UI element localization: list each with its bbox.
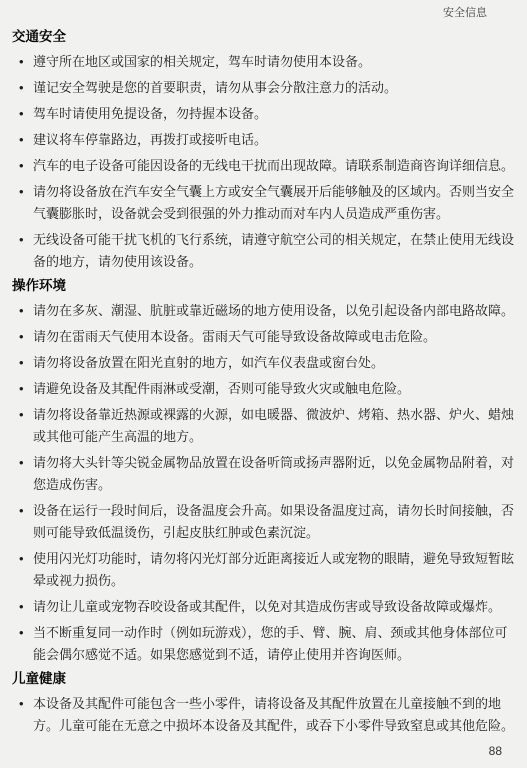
bullet-icon: • [19,155,24,177]
bullet-icon: • [19,129,24,151]
list-item: •遵守所在地区或国家的相关规定，驾车时请勿使用本设备。 [12,51,514,73]
section-title-operating-environment: 操作环境 [12,277,514,294]
list-item: •请避免设备及其配件雨淋或受潮，否则可能导致火灾或触电危险。 [12,378,514,400]
list-item: •使用闪光灯功能时，请勿将闪光灯部分近距离接近人或宠物的眼睛，避免导致短暂眩晕或… [12,548,514,592]
operating-environment-list: •请勿在多灰、潮湿、肮脏或靠近磁场的地方使用设备，以免引起设备内部电路故障。 •… [12,300,514,666]
bullet-icon: • [19,326,24,348]
traffic-safety-list: •遵守所在地区或国家的相关规定，驾车时请勿使用本设备。 •谨记安全驾驶是您的首要… [12,51,514,273]
list-item-text: 请勿在雷雨天气使用本设备。雷雨天气可能导致设备故障或电击危险。 [33,329,436,344]
list-item-text: 谨记安全驾驶是您的首要职责，请勿从事会分散注意力的活动。 [33,80,397,95]
safety-info-manual-page: 安全信息 交通安全 •遵守所在地区或国家的相关规定，驾车时请勿使用本设备。 •谨… [0,0,527,768]
list-item-text: 请勿让儿童或宠物吞咬设备或其配件，以免对其造成伤害或导致设备故障或爆炸。 [33,599,501,614]
list-item: •请勿让儿童或宠物吞咬设备或其配件，以免对其造成伤害或导致设备故障或爆炸。 [12,596,514,618]
list-item-text: 请勿将设备放在汽车安全气囊上方或安全气囊展开后能够触及的区域内。否则当安全气囊膨… [33,184,514,221]
list-item: •当不断重复同一动作时（例如玩游戏），您的手、臂、腕、肩、颈或其他身体部位可能会… [12,622,514,666]
bullet-icon: • [19,181,24,203]
bullet-icon: • [19,378,24,400]
bullet-icon: • [19,622,24,644]
bullet-icon: • [19,548,24,570]
list-item-text: 本设备及其配件可能包含一些小零件，请将设备及其配件放置在儿童接触不到的地方。儿童… [33,696,514,733]
list-item: •无线设备可能干扰飞机的飞行系统，请遵守航空公司的相关规定，在禁止使用无线设备的… [12,229,514,273]
bullet-icon: • [19,103,24,125]
list-item: •驾车时请使用免提设备，勿持握本设备。 [12,103,514,125]
children-health-list: •本设备及其配件可能包含一些小零件，请将设备及其配件放置在儿童接触不到的地方。儿… [12,693,514,737]
list-item-text: 请勿将设备靠近热源或裸露的火源，如电暖器、微波炉、烤箱、热水器、炉火、蜡烛或其他… [33,407,514,444]
list-item: •汽车的电子设备可能因设备的无线电干扰而出现故障。请联系制造商咨询详细信息。 [12,155,514,177]
list-item-text: 建议将车停靠路边，再拨打或接听电话。 [33,132,267,147]
list-item: •请勿在多灰、潮湿、肮脏或靠近磁场的地方使用设备，以免引起设备内部电路故障。 [12,300,514,322]
section-title-traffic-safety: 交通安全 [12,28,514,45]
bullet-icon: • [19,404,24,426]
bullet-icon: • [19,51,24,73]
bullet-icon: • [19,596,24,618]
bullet-icon: • [19,352,24,374]
list-item-text: 请勿将大头针等尖锐金属物品放置在设备听筒或扬声器附近，以免金属物品附着，对您造成… [33,455,514,492]
list-item-text: 驾车时请使用免提设备，勿持握本设备。 [33,106,267,121]
list-item-text: 请勿在多灰、潮湿、肮脏或靠近磁场的地方使用设备，以免引起设备内部电路故障。 [33,303,514,318]
bullet-icon: • [19,229,24,251]
list-item: •请勿将设备放在汽车安全气囊上方或安全气囊展开后能够触及的区域内。否则当安全气囊… [12,181,514,225]
list-item: •请勿将大头针等尖锐金属物品放置在设备听筒或扬声器附近，以免金属物品附着，对您造… [12,452,514,496]
section-title-children-health: 儿童健康 [12,670,514,687]
list-item-text: 当不断重复同一动作时（例如玩游戏），您的手、臂、腕、肩、颈或其他身体部位可能会偶… [33,625,508,662]
list-item-text: 设备在运行一段时间后，设备温度会升高。如果设备温度过高，请勿长时间接触，否则可能… [33,503,514,540]
list-item: •本设备及其配件可能包含一些小零件，请将设备及其配件放置在儿童接触不到的地方。儿… [12,693,514,737]
list-item-text: 使用闪光灯功能时，请勿将闪光灯部分近距离接近人或宠物的眼睛，避免导致短暂眩晕或视… [33,551,514,588]
list-item-text: 汽车的电子设备可能因设备的无线电干扰而出现故障。请联系制造商咨询详细信息。 [33,158,514,173]
list-item: •请勿在雷雨天气使用本设备。雷雨天气可能导致设备故障或电击危险。 [12,326,514,348]
list-item: •谨记安全驾驶是您的首要职责，请勿从事会分散注意力的活动。 [12,77,514,99]
list-item-text: 遵守所在地区或国家的相关规定，驾车时请勿使用本设备。 [33,54,371,69]
list-item: •设备在运行一段时间后，设备温度会升高。如果设备温度过高，请勿长时间接触，否则可… [12,500,514,544]
bullet-icon: • [19,300,24,322]
bullet-icon: • [19,77,24,99]
page-number: 88 [489,744,502,758]
list-item-text: 请勿将设备放置在阳光直射的地方，如汽车仪表盘或窗台处。 [33,355,384,370]
list-item-text: 无线设备可能干扰飞机的飞行系统，请遵守航空公司的相关规定，在禁止使用无线设备的地… [33,232,514,269]
list-item: •建议将车停靠路边，再拨打或接听电话。 [12,129,514,151]
page-content: 交通安全 •遵守所在地区或国家的相关规定，驾车时请勿使用本设备。 •谨记安全驾驶… [0,28,527,737]
page-header-title: 安全信息 [0,6,527,20]
bullet-icon: • [19,452,24,474]
bullet-icon: • [19,500,24,522]
list-item: •请勿将设备靠近热源或裸露的火源，如电暖器、微波炉、烤箱、热水器、炉火、蜡烛或其… [12,404,514,448]
bullet-icon: • [19,693,24,715]
list-item: •请勿将设备放置在阳光直射的地方，如汽车仪表盘或窗台处。 [12,352,514,374]
list-item-text: 请避免设备及其配件雨淋或受潮，否则可能导致火灾或触电危险。 [33,381,410,396]
